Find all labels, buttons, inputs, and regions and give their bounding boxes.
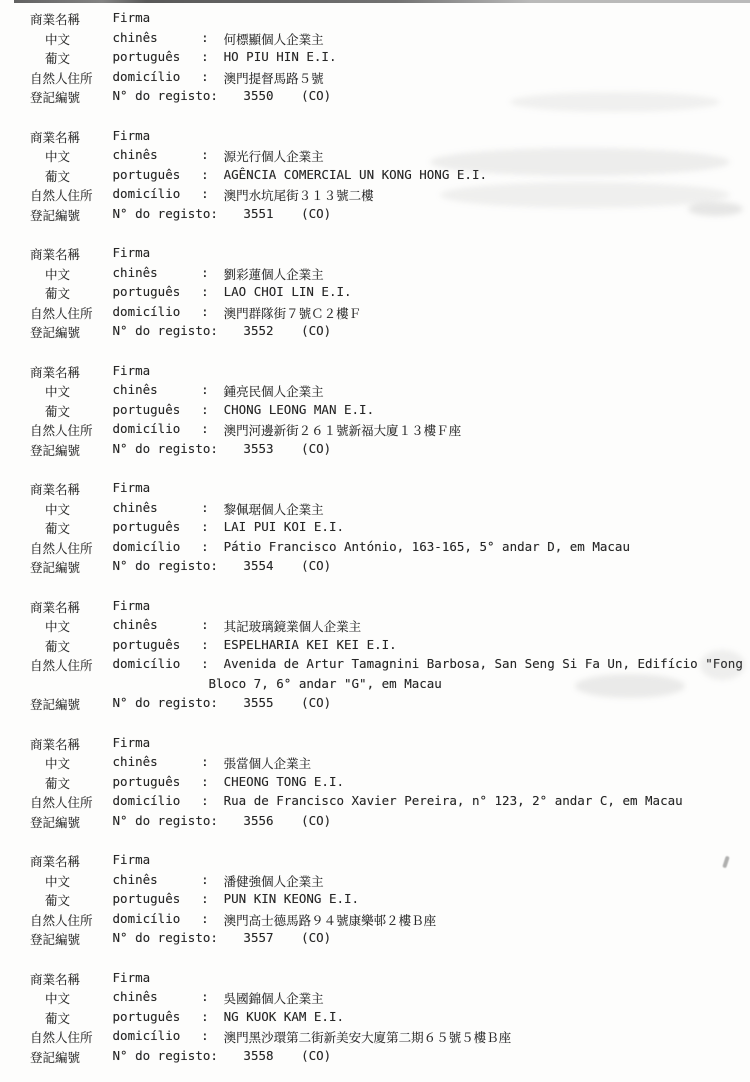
chinese-label-cjk: 中文 (30, 265, 105, 283)
registry-entry: 商業名稱 Firma 中文 chinês : 吳國錦個人企業主 葡文 portu… (30, 970, 750, 1068)
firm-label-cjk: 商業名稱 (30, 598, 105, 616)
registry-label-cjk: 登記編號 (30, 441, 105, 459)
registry-label-pt: N° do registo: (113, 441, 218, 456)
registry-entry: 商業名稱 Firma 中文 chinês : 潘健強個人企業主 葡文 portu… (30, 852, 750, 950)
address-value-line1: 澳門群隊街７號Ｃ２樓Ｆ (224, 306, 362, 321)
domicile-label-pt: domicílio (113, 69, 194, 84)
chinese-name-value: 源光行個人企業主 (224, 149, 324, 164)
chinese-label-pt: chinês (113, 30, 194, 45)
domicile-label-cjk: 自然人住所 (30, 1028, 105, 1046)
registry-label-cjk: 登記編號 (30, 558, 105, 576)
portuguese-label-pt: português (113, 774, 194, 789)
domicile-line: 自然人住所 domicílio : 澳門群隊街７號Ｃ２樓Ｆ (30, 304, 750, 324)
registry-number-line: 登記編號 N° do registo: 3556 (CO) (30, 813, 750, 833)
colon-separator: : (201, 539, 216, 554)
portuguese-label-cjk: 葡文 (30, 402, 105, 420)
portuguese-label-pt: português (113, 167, 194, 182)
portuguese-label-pt: português (113, 49, 194, 64)
address-value-line1: 澳門河邊新街２６１號新福大廈１３樓Ｆ座 (224, 423, 462, 438)
portuguese-label-pt: português (113, 891, 194, 906)
chinese-label-cjk: 中文 (30, 872, 105, 890)
registry-number-value: 3550 (243, 88, 273, 103)
chinese-name-value: 吳國錦個人企業主 (224, 991, 324, 1006)
registry-number-line: 登記編號 N° do registo: 3557 (CO) (30, 930, 750, 950)
registry-label-pt: N° do registo: (113, 930, 218, 945)
portuguese-name-value: HO PIU HIN E.I. (224, 49, 337, 64)
firm-label-cjk: 商業名稱 (30, 852, 105, 870)
registry-number-value: 3558 (243, 1048, 273, 1063)
portuguese-name-value: NG KUOK KAM E.I. (224, 1009, 344, 1024)
colon-separator: : (201, 1028, 216, 1043)
registry-suffix: (CO) (301, 323, 331, 338)
chinese-name-line: 中文 chinês : 張當個人企業主 (30, 754, 750, 774)
registry-suffix: (CO) (301, 558, 331, 573)
colon-separator: : (201, 147, 216, 162)
chinese-label-pt: chinês (113, 617, 194, 632)
colon-separator: : (201, 911, 216, 926)
registry-label-cjk: 登記編號 (30, 88, 105, 106)
portuguese-label-cjk: 葡文 (30, 49, 105, 67)
registry-label-cjk: 登記編號 (30, 206, 105, 224)
scan-edge-artifact (14, 0, 750, 3)
colon-separator: : (201, 284, 216, 299)
domicile-line: 自然人住所 domicílio : 澳門高士德馬路９４號康樂邨２樓Ｂ座 (30, 911, 750, 931)
registry-label-cjk: 登記編號 (30, 323, 105, 341)
chinese-label-cjk: 中文 (30, 754, 105, 772)
colon-separator: : (201, 774, 216, 789)
firm-label-cjk: 商業名稱 (30, 363, 105, 381)
portuguese-name-value: LAO CHOI LIN E.I. (224, 284, 352, 299)
registry-number-line: 登記編號 N° do registo: 3558 (CO) (30, 1048, 750, 1068)
firm-line: 商業名稱 Firma (30, 128, 750, 148)
portuguese-label-cjk: 葡文 (30, 1009, 105, 1027)
domicile-label-cjk: 自然人住所 (30, 186, 105, 204)
portuguese-label-cjk: 葡文 (30, 519, 105, 537)
chinese-label-pt: chinês (113, 500, 194, 515)
address-value-line1: Avenida de Artur Tamagnini Barbosa, San … (224, 656, 750, 671)
firm-label-pt: Firma (113, 10, 194, 25)
chinese-name-line: 中文 chinês : 其記玻璃鏡業個人企業主 (30, 617, 750, 637)
domicile-label-cjk: 自然人住所 (30, 539, 105, 557)
colon-separator: : (201, 49, 216, 64)
domicile-label-pt: domicílio (113, 304, 194, 319)
colon-separator: : (201, 754, 216, 769)
firm-label-cjk: 商業名稱 (30, 480, 105, 498)
chinese-name-value: 其記玻璃鏡業個人企業主 (224, 619, 362, 634)
domicile-line: 自然人住所 domicílio : 澳門黑沙環第二街新美安大廈第二期６５號５樓Ｂ… (30, 1028, 750, 1048)
firm-label-pt: Firma (113, 852, 194, 867)
firm-label-cjk: 商業名稱 (30, 735, 105, 753)
registry-number-value: 3556 (243, 813, 273, 828)
domicile-label-cjk: 自然人住所 (30, 911, 105, 929)
portuguese-name-line: 葡文 português : PUN KIN KEONG E.I. (30, 891, 750, 911)
colon-separator: : (201, 69, 216, 84)
domicile-label-pt: domicílio (113, 186, 194, 201)
colon-separator: : (201, 656, 216, 671)
firm-line: 商業名稱 Firma (30, 970, 750, 990)
registry-label-pt: N° do registo: (113, 558, 218, 573)
firm-label-cjk: 商業名稱 (30, 245, 105, 263)
chinese-label-cjk: 中文 (30, 989, 105, 1007)
chinese-name-value: 張當個人企業主 (224, 756, 312, 771)
firm-label-cjk: 商業名稱 (30, 10, 105, 28)
registry-entry: 商業名稱 Firma 中文 chinês : 其記玻璃鏡業個人企業主 葡文 po… (30, 598, 750, 715)
registry-suffix: (CO) (301, 930, 331, 945)
firm-line: 商業名稱 Firma (30, 735, 750, 755)
entries-list: 商業名稱 Firma 中文 chinês : 何標顯個人企業主 葡文 portu… (0, 0, 750, 1067)
registry-entry: 商業名稱 Firma 中文 chinês : 張當個人企業主 葡文 portug… (30, 735, 750, 833)
registry-suffix: (CO) (301, 206, 331, 221)
firm-label-pt: Firma (113, 480, 194, 495)
domicile-line: 自然人住所 domicílio : Pátio Francisco Antóni… (30, 539, 750, 559)
portuguese-name-value: PUN KIN KEONG E.I. (224, 891, 359, 906)
domicile-label-cjk: 自然人住所 (30, 69, 105, 87)
registry-entry: 商業名稱 Firma 中文 chinês : 劉彩蓮個人企業主 葡文 portu… (30, 245, 750, 343)
chinese-name-value: 黎佩琚個人企業主 (224, 502, 324, 517)
domicile-line: 自然人住所 domicílio : 澳門河邊新街２６１號新福大廈１３樓Ｆ座 (30, 421, 750, 441)
address-value-line1: Rua de Francisco Xavier Pereira, n° 123,… (224, 793, 683, 808)
address-value-line1: 澳門黑沙環第二街新美安大廈第二期６５號５樓Ｂ座 (224, 1030, 512, 1045)
portuguese-label-cjk: 葡文 (30, 284, 105, 302)
portuguese-name-line: 葡文 português : CHONG LEONG MAN E.I. (30, 402, 750, 422)
colon-separator: : (201, 186, 216, 201)
colon-separator: : (201, 1009, 216, 1024)
registry-number-value: 3554 (243, 558, 273, 573)
portuguese-label-pt: português (113, 519, 194, 534)
chinese-name-line: 中文 chinês : 黎佩琚個人企業主 (30, 500, 750, 520)
colon-separator: : (201, 793, 216, 808)
domicile-label-pt: domicílio (113, 793, 194, 808)
firm-line: 商業名稱 Firma (30, 10, 750, 30)
chinese-label-pt: chinês (113, 147, 194, 162)
domicile-label-pt: domicílio (113, 539, 194, 554)
domicile-label-pt: domicílio (113, 911, 194, 926)
registry-number-value: 3555 (243, 695, 273, 710)
portuguese-name-value: LAI PUI KOI E.I. (224, 519, 344, 534)
portuguese-label-pt: português (113, 637, 194, 652)
portuguese-name-line: 葡文 português : CHEONG TONG E.I. (30, 774, 750, 794)
chinese-label-pt: chinês (113, 265, 194, 280)
firm-label-pt: Firma (113, 970, 194, 985)
firm-line: 商業名稱 Firma (30, 245, 750, 265)
registry-label-pt: N° do registo: (113, 206, 218, 221)
chinese-name-line: 中文 chinês : 潘健強個人企業主 (30, 872, 750, 892)
chinese-name-line: 中文 chinês : 吳國錦個人企業主 (30, 989, 750, 1009)
firm-label-pt: Firma (113, 735, 194, 750)
firm-label-pt: Firma (113, 128, 194, 143)
domicile-line: 自然人住所 domicílio : 澳門提督馬路５號 (30, 69, 750, 89)
chinese-label-pt: chinês (113, 872, 194, 887)
registry-suffix: (CO) (301, 441, 331, 456)
chinese-label-pt: chinês (113, 989, 194, 1004)
domicile-line: 自然人住所 domicílio : Avenida de Artur Tamag… (30, 656, 750, 676)
registry-number-line: 登記編號 N° do registo: 3555 (CO) (30, 695, 750, 715)
address-value-line1: Pátio Francisco António, 163-165, 5° and… (224, 539, 630, 554)
portuguese-name-line: 葡文 português : NG KUOK KAM E.I. (30, 1009, 750, 1029)
registry-number-value: 3553 (243, 441, 273, 456)
address-value-line2: Bloco 7, 6° andar "G", em Macau (209, 676, 442, 691)
domicile-label-pt: domicílio (113, 421, 194, 436)
domicile-line: 自然人住所 domicílio : Rua de Francisco Xavie… (30, 793, 750, 813)
domicile-label-pt: domicílio (113, 656, 194, 671)
portuguese-label-cjk: 葡文 (30, 891, 105, 909)
chinese-label-pt: chinês (113, 754, 194, 769)
scanned-registry-page: 商業名稱 Firma 中文 chinês : 何標顯個人企業主 葡文 portu… (0, 0, 750, 1082)
firm-label-cjk: 商業名稱 (30, 128, 105, 146)
chinese-name-value: 劉彩蓮個人企業主 (224, 267, 324, 282)
chinese-name-value: 潘健強個人企業主 (224, 874, 324, 889)
registry-number-line: 登記編號 N° do registo: 3550 (CO) (30, 88, 750, 108)
chinese-name-value: 鍾亮民個人企業主 (224, 384, 324, 399)
domicile-label-cjk: 自然人住所 (30, 421, 105, 439)
firm-line: 商業名稱 Firma (30, 480, 750, 500)
registry-label-pt: N° do registo: (113, 1048, 218, 1063)
firm-label-pt: Firma (113, 245, 194, 260)
firm-line: 商業名稱 Firma (30, 363, 750, 383)
chinese-name-value: 何標顯個人企業主 (224, 32, 324, 47)
registry-number-value: 3552 (243, 323, 273, 338)
domicile-line: 自然人住所 domicílio : 澳門水坑尾街３１３號二樓 (30, 186, 750, 206)
portuguese-name-value: CHONG LEONG MAN E.I. (224, 402, 375, 417)
portuguese-label-cjk: 葡文 (30, 167, 105, 185)
portuguese-name-line: 葡文 português : AGÊNCIA COMERCIAL UN KONG… (30, 167, 750, 187)
portuguese-name-value: ESPELHARIA KEI KEI E.I. (224, 637, 397, 652)
domicile-continuation-line: Bloco 7, 6° andar "G", em Macau (30, 676, 750, 696)
colon-separator: : (201, 989, 216, 1004)
colon-separator: : (201, 637, 216, 652)
registry-number-line: 登記編號 N° do registo: 3553 (CO) (30, 441, 750, 461)
chinese-label-cjk: 中文 (30, 617, 105, 635)
chinese-label-cjk: 中文 (30, 382, 105, 400)
portuguese-name-line: 葡文 português : ESPELHARIA KEI KEI E.I. (30, 637, 750, 657)
colon-separator: : (201, 265, 216, 280)
portuguese-label-cjk: 葡文 (30, 637, 105, 655)
registry-suffix: (CO) (301, 88, 331, 103)
firm-label-cjk: 商業名稱 (30, 970, 105, 988)
registry-label-cjk: 登記編號 (30, 1048, 105, 1066)
registry-number-line: 登記編號 N° do registo: 3554 (CO) (30, 558, 750, 578)
registry-suffix: (CO) (301, 1048, 331, 1063)
registry-number-value: 3557 (243, 930, 273, 945)
registry-entry: 商業名稱 Firma 中文 chinês : 何標顯個人企業主 葡文 portu… (30, 10, 750, 108)
address-value-line1: 澳門提督馬路５號 (224, 71, 324, 86)
registry-number-value: 3551 (243, 206, 273, 221)
chinese-label-cjk: 中文 (30, 30, 105, 48)
portuguese-name-line: 葡文 português : LAO CHOI LIN E.I. (30, 284, 750, 304)
address-value-line1: 澳門高士德馬路９４號康樂邨２樓Ｂ座 (224, 913, 437, 928)
colon-separator: : (201, 30, 216, 45)
chinese-name-line: 中文 chinês : 源光行個人企業主 (30, 147, 750, 167)
portuguese-name-value: AGÊNCIA COMERCIAL UN KONG HONG E.I. (224, 167, 487, 182)
portuguese-name-line: 葡文 português : HO PIU HIN E.I. (30, 49, 750, 69)
firm-line: 商業名稱 Firma (30, 598, 750, 618)
portuguese-label-cjk: 葡文 (30, 774, 105, 792)
registry-suffix: (CO) (301, 695, 331, 710)
registry-label-pt: N° do registo: (113, 695, 218, 710)
chinese-name-line: 中文 chinês : 何標顯個人企業主 (30, 30, 750, 50)
portuguese-label-pt: português (113, 402, 194, 417)
portuguese-label-pt: português (113, 284, 194, 299)
registry-entry: 商業名稱 Firma 中文 chinês : 鍾亮民個人企業主 葡文 portu… (30, 363, 750, 461)
registry-number-line: 登記編號 N° do registo: 3552 (CO) (30, 323, 750, 343)
domicile-label-cjk: 自然人住所 (30, 656, 105, 674)
registry-label-pt: N° do registo: (113, 323, 218, 338)
registry-label-cjk: 登記編號 (30, 695, 105, 713)
registry-label-pt: N° do registo: (113, 88, 218, 103)
colon-separator: : (201, 382, 216, 397)
registry-entry: 商業名稱 Firma 中文 chinês : 黎佩琚個人企業主 葡文 portu… (30, 480, 750, 578)
firm-line: 商業名稱 Firma (30, 852, 750, 872)
registry-label-pt: N° do registo: (113, 813, 218, 828)
colon-separator: : (201, 500, 216, 515)
colon-separator: : (201, 617, 216, 632)
colon-separator: : (201, 402, 216, 417)
colon-separator: : (201, 891, 216, 906)
colon-separator: : (201, 167, 216, 182)
domicile-label-pt: domicílio (113, 1028, 194, 1043)
portuguese-name-value: CHEONG TONG E.I. (224, 774, 344, 789)
domicile-label-cjk: 自然人住所 (30, 304, 105, 322)
domicile-label-cjk: 自然人住所 (30, 793, 105, 811)
colon-separator: : (201, 519, 216, 534)
portuguese-name-line: 葡文 português : LAI PUI KOI E.I. (30, 519, 750, 539)
chinese-label-cjk: 中文 (30, 500, 105, 518)
registry-number-line: 登記編號 N° do registo: 3551 (CO) (30, 206, 750, 226)
colon-separator: : (201, 872, 216, 887)
address-value-line1: 澳門水坑尾街３１３號二樓 (224, 188, 374, 203)
registry-entry: 商業名稱 Firma 中文 chinês : 源光行個人企業主 葡文 portu… (30, 128, 750, 226)
colon-separator: : (201, 304, 216, 319)
registry-label-cjk: 登記編號 (30, 813, 105, 831)
firm-label-pt: Firma (113, 363, 194, 378)
colon-separator: : (201, 421, 216, 436)
registry-suffix: (CO) (301, 813, 331, 828)
chinese-name-line: 中文 chinês : 鍾亮民個人企業主 (30, 382, 750, 402)
registry-label-cjk: 登記編號 (30, 930, 105, 948)
chinese-label-pt: chinês (113, 382, 194, 397)
chinese-name-line: 中文 chinês : 劉彩蓮個人企業主 (30, 265, 750, 285)
chinese-label-cjk: 中文 (30, 147, 105, 165)
firm-label-pt: Firma (113, 598, 194, 613)
portuguese-label-pt: português (113, 1009, 194, 1024)
